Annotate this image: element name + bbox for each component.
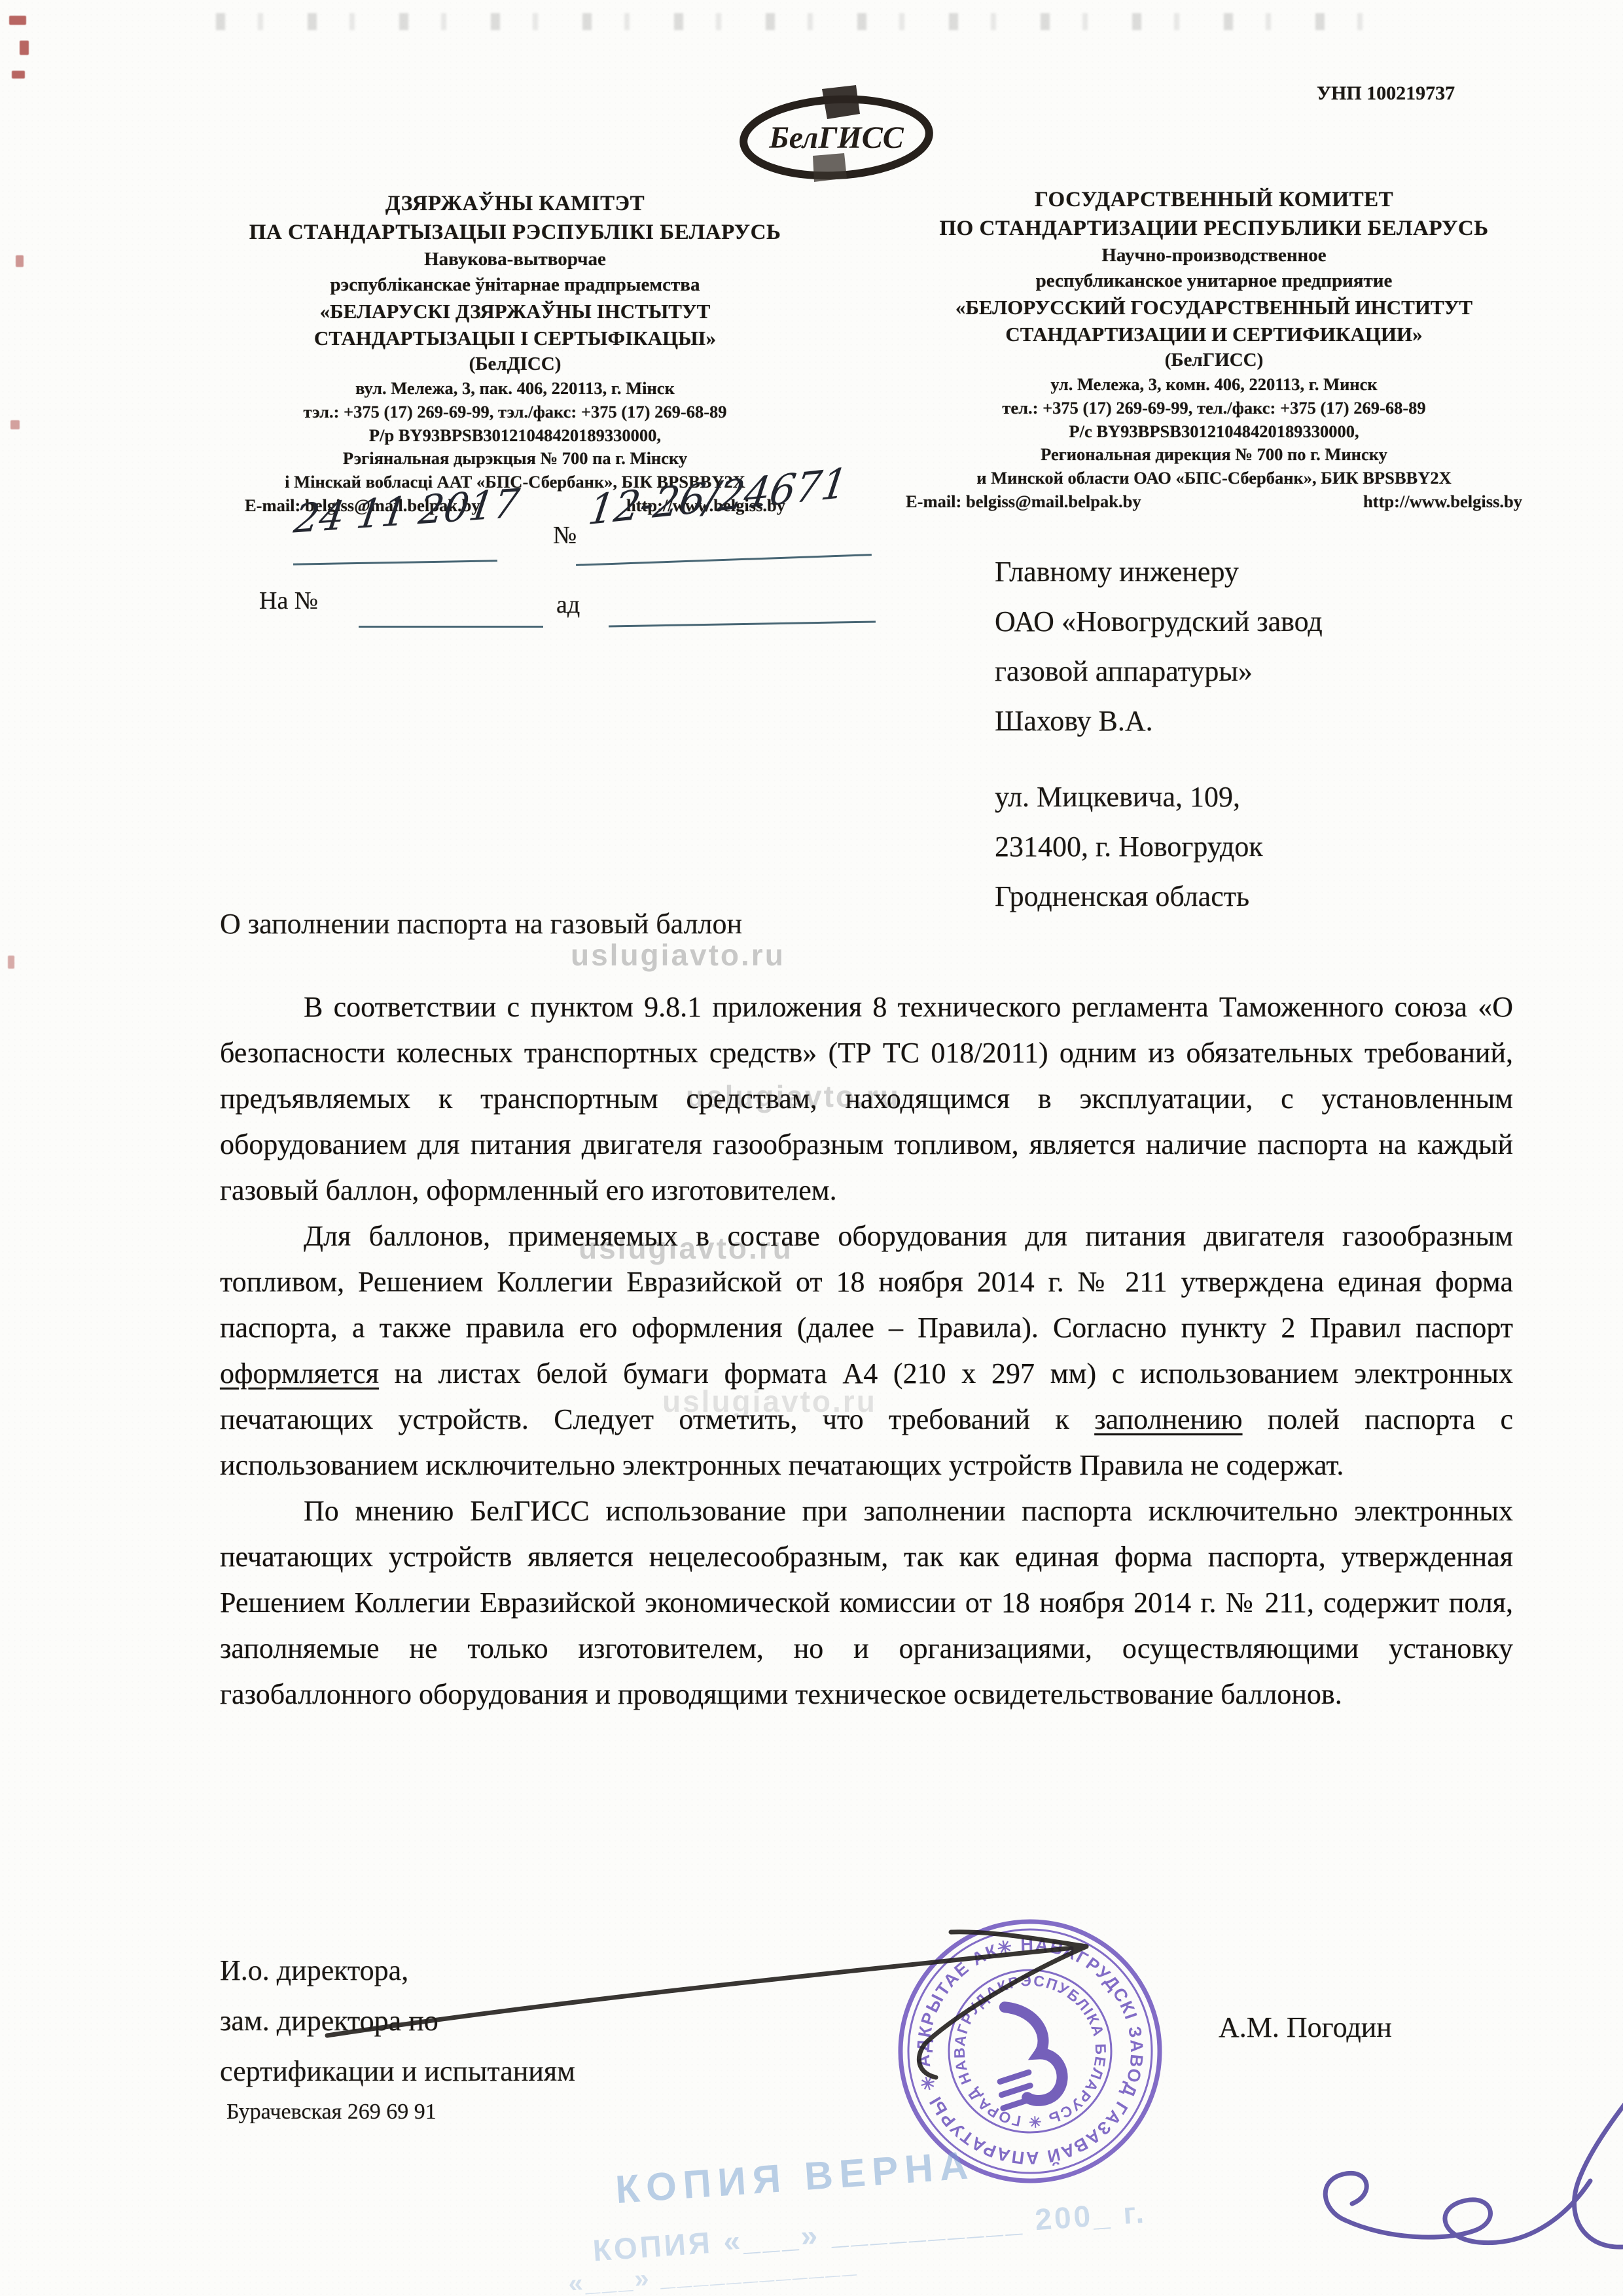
org-line: Навукова-вытворчае	[211, 248, 819, 271]
org-line: СТАНДАРТЫЗАЦЫІ І СЕРТЫФІКАЦЫІ»	[211, 326, 819, 350]
org-line: Р/р BY93BPSB30121048420189330000,	[211, 425, 819, 446]
unp-number: УНП 100219737	[1317, 82, 1455, 105]
body-paragraph-2: Для баллонов, применяемых в составе обор…	[220, 1213, 1513, 1488]
number-blank-line	[576, 554, 872, 566]
number-sign-label: №	[553, 521, 577, 550]
org-line: (БелГИСС)	[872, 349, 1556, 372]
addressee-line: Шахову В.А.	[995, 696, 1544, 746]
org-header-belarusian: ДЗЯРЖАЎНЫ КАМІТЭТ ПА СТАНДАРТЫЗАЦЫІ РЭСП…	[211, 191, 819, 519]
director-ink-signature	[1283, 1983, 1623, 2284]
scanner-speck	[12, 71, 25, 79]
org-line: и Минской области ОАО «БПС-Сбербанк», БИ…	[872, 468, 1556, 489]
org-line: Научно-производственное	[872, 244, 1556, 267]
reply-date-blank-line	[609, 620, 876, 627]
addressee-line: ОАО «Новогрудский завод	[995, 597, 1544, 647]
addressee-line: газовой аппаратуры»	[995, 647, 1544, 696]
org-line: ул. Мележа, 3, комн. 406, 220113, г. Мин…	[872, 374, 1556, 395]
underlined-term: оформляется	[220, 1357, 379, 1390]
scanner-speck	[10, 420, 20, 429]
org-line: тэл.: +375 (17) 269-69-99, тэл./факс: +3…	[211, 402, 819, 423]
org-line: ПО СТАНДАРТИЗАЦИИ РЕСПУБЛИКИ БЕЛАРУСЬ	[872, 216, 1556, 242]
reply-to-number-label: На №	[259, 586, 318, 615]
org-line: ГОСУДАРСТВЕННЫЙ КОМИТЕТ	[872, 187, 1556, 213]
reply-from-label: ад	[556, 590, 580, 619]
belgiss-logo: БелГИСС	[732, 77, 941, 192]
body-paragraph-3: По мнению БелГИСС использование при запо…	[220, 1488, 1513, 1717]
addressee-block: Главному инженеру ОАО «Новогрудский заво…	[995, 547, 1544, 922]
org-line: рэспубліканскае ўнітарнае прадпрыемства	[211, 274, 819, 296]
scanner-speck	[16, 255, 24, 267]
scanner-speck	[8, 956, 14, 969]
logo-text: БелГИСС	[768, 120, 904, 155]
watermark: uslugiavto.ru	[571, 937, 785, 973]
org-website: http://www.belgiss.by	[1363, 492, 1522, 512]
scanned-letter-page: УНП 100219737 БелГИСС ДЗЯРЖАЎНЫ КАМІТЭТ …	[0, 0, 1623, 2296]
underlined-term: заполнению	[1094, 1403, 1242, 1435]
org-line: вул. Мележа, 3, пак. 406, 220113, г. Мін…	[211, 378, 819, 399]
org-line: «БЕЛОРУССКИЙ ГОСУДАРСТВЕННЫЙ ИНСТИТУТ	[872, 295, 1556, 319]
org-line: Региональная дирекция № 700 по г. Минску	[872, 444, 1556, 465]
org-header-russian: ГОСУДАРСТВЕННЫЙ КОМИТЕТ ПО СТАНДАРТИЗАЦИ…	[872, 187, 1556, 515]
addressee-address-line: Гродненская область	[995, 872, 1544, 922]
scanner-speck	[9, 16, 26, 25]
org-line: республиканское унитарное предприятие	[872, 270, 1556, 293]
addressee-address-line: 231400, г. Новогрудок	[995, 822, 1544, 872]
pen-stroke-signature	[308, 1911, 1145, 2121]
org-line: Р/с BY93BPSB30121048420189330000,	[872, 422, 1556, 442]
org-line: (БелДІСС)	[211, 353, 819, 376]
copy-stamp-line: КОПИЯ ВЕРНА	[614, 2142, 976, 2212]
org-line: Рэгіянальная дырэкцыя № 700 па г. Мінску	[211, 448, 819, 469]
addressee-line: Главному инженеру	[995, 547, 1544, 597]
addressee-address-line: ул. Мицкевича, 109,	[995, 772, 1544, 822]
paragraph-text: Для баллонов, применяемых в составе обор…	[220, 1220, 1513, 1344]
body-paragraph-1: В соответствии с пунктом 9.8.1 приложени…	[220, 984, 1513, 1213]
subject-line: О заполнении паспорта на газовый баллон	[220, 907, 742, 941]
org-line: ДЗЯРЖАЎНЫ КАМІТЭТ	[211, 191, 819, 217]
org-line: ПА СТАНДАРТЫЗАЦЫІ РЭСПУБЛІКІ БЕЛАРУСЬ	[211, 220, 819, 246]
org-line: тел.: +375 (17) 269-69-99, тел./факс: +3…	[872, 398, 1556, 419]
org-line: «БЕЛАРУСКІ ДЗЯРЖАЎНЫ ІНСТЫТУТ	[211, 299, 819, 323]
date-blank-line	[293, 560, 497, 565]
letter-body: В соответствии с пунктом 9.8.1 приложени…	[220, 984, 1513, 1717]
scanner-speck	[20, 41, 29, 55]
org-line: СТАНДАРТИЗАЦИИ И СЕРТИФИКАЦИИ»	[872, 322, 1556, 346]
org-email: E-mail: belgiss@mail.belpak.by	[906, 492, 1141, 512]
scanner-noise-strip	[216, 13, 1394, 30]
reply-number-blank-line	[359, 626, 543, 628]
